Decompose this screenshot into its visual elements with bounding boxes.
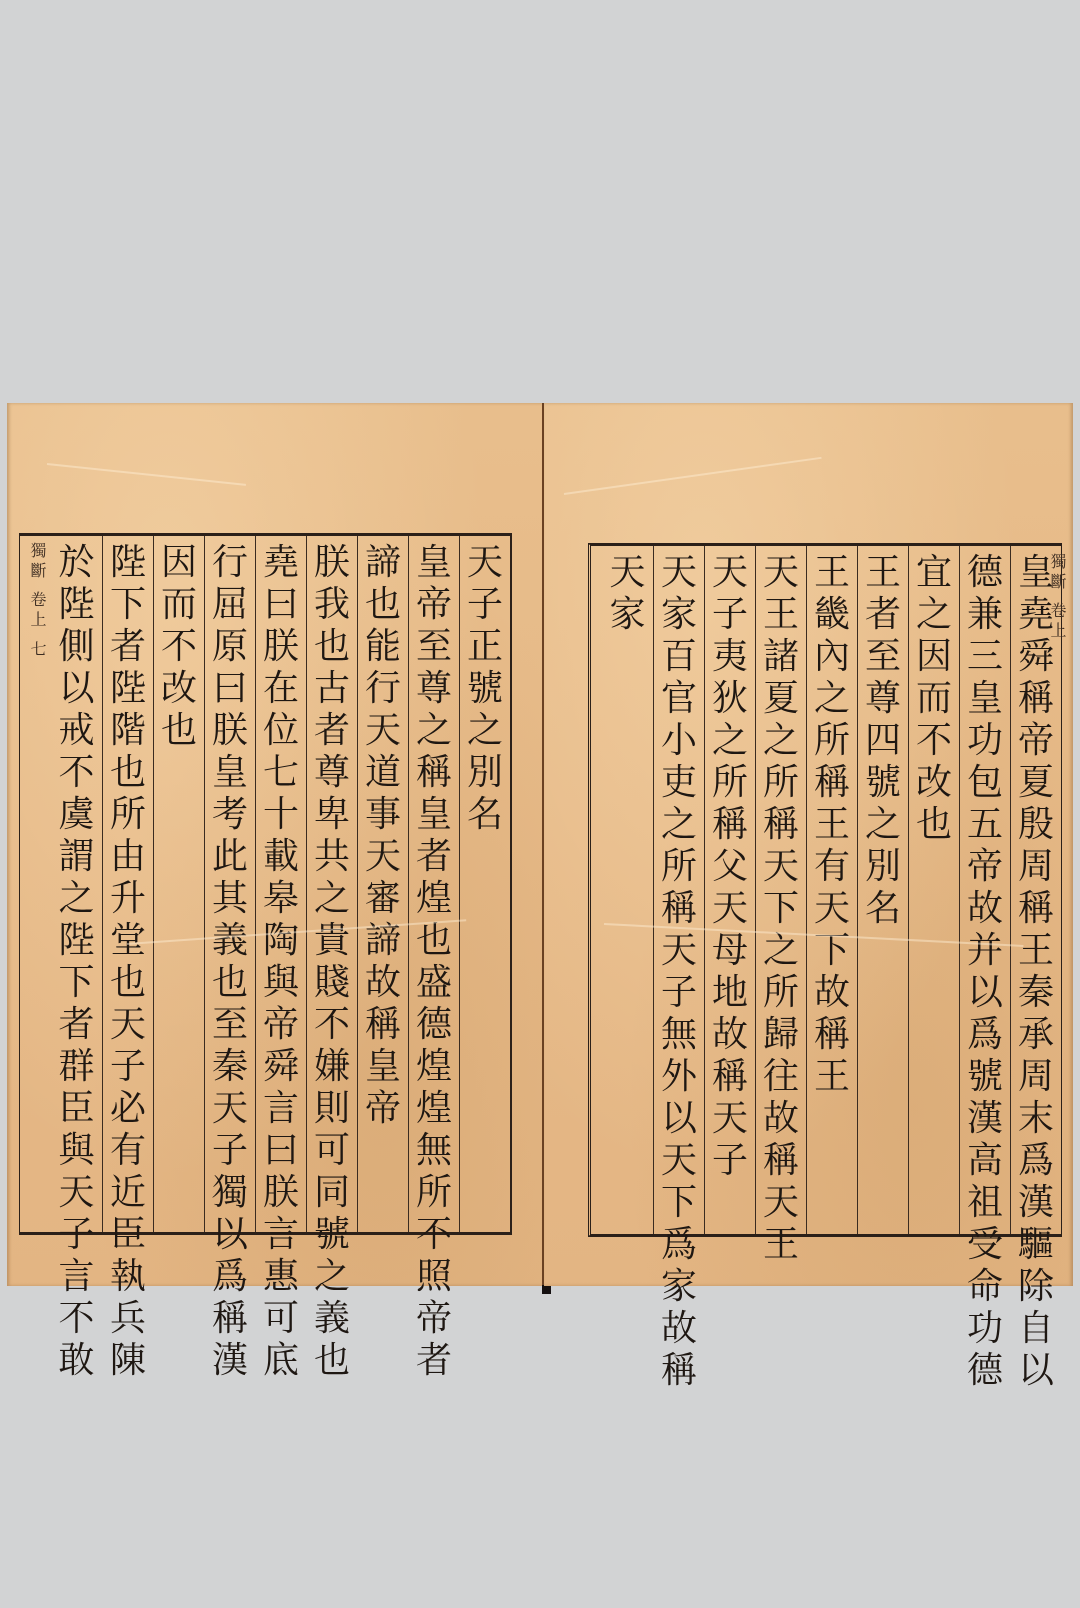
glyph: 戒	[58, 710, 94, 752]
glyph: 稱	[1018, 888, 1054, 930]
glyph: 帝	[416, 584, 452, 626]
glyph: 陳	[110, 1340, 146, 1382]
glyph: 號	[467, 668, 503, 710]
glyph: 子	[712, 1140, 748, 1182]
glyph: 夷	[712, 636, 748, 678]
glyph: 兵	[110, 1298, 146, 1340]
glyph: 也	[916, 804, 952, 846]
glyph: 王	[865, 552, 901, 594]
glyph: 驅	[1018, 1224, 1054, 1266]
left-page-text-column: 行屈原曰朕皇考此其義也至秦天子獨以爲稱漢	[204, 536, 255, 1232]
glyph: 爲	[212, 1256, 248, 1298]
left-page-text-column: 於陛側以戒不虞謂之陛下者群臣與天子言不敢	[51, 536, 102, 1232]
glyph: 者	[865, 594, 901, 636]
glyph: 王	[763, 1224, 799, 1266]
glyph: 朕	[263, 1172, 299, 1214]
glyph: 升	[110, 878, 146, 920]
glyph: 者	[110, 626, 146, 668]
glyph: 皇	[967, 678, 1003, 720]
glyph: 義	[314, 1298, 350, 1340]
glyph: 小	[661, 720, 697, 762]
glyph: 承	[1018, 1014, 1054, 1056]
glyph: 故	[661, 1308, 697, 1350]
glyph: 王	[814, 1056, 850, 1098]
glyph: 者	[314, 710, 350, 752]
glyph: 無	[661, 1014, 697, 1056]
glyph: 德	[416, 1004, 452, 1046]
glyph: 原	[212, 626, 248, 668]
glyph: 曰	[212, 668, 248, 710]
glyph: 審	[365, 878, 401, 920]
glyph: 周	[1018, 1056, 1054, 1098]
glyph: 不	[58, 752, 94, 794]
glyph: 尊	[416, 668, 452, 710]
glyph: 以	[1018, 1350, 1054, 1392]
glyph: 敢	[58, 1340, 94, 1382]
glyph: 不	[314, 1004, 350, 1046]
glyph: 子	[661, 972, 697, 1014]
glyph: 王	[1018, 930, 1054, 972]
glyph: 同	[314, 1172, 350, 1214]
glyph: 王	[814, 552, 850, 594]
left-page-text-column: 陛下者陛階也所由升堂也天子必有近臣執兵陳	[102, 536, 153, 1232]
glyph: 之	[58, 878, 94, 920]
glyph: 高	[967, 1140, 1003, 1182]
right-page-columns: 皇堯舜稱帝夏殷周稱王秦承周末爲漢驅除自以德兼三皇功包五帝故并以爲號漢高祖受命功德…	[591, 546, 1061, 1234]
right-page-text-frame: 皇堯舜稱帝夏殷周稱王秦承周末爲漢驅除自以德兼三皇功包五帝故并以爲號漢高祖受命功德…	[588, 543, 1062, 1237]
glyph: 之	[661, 804, 697, 846]
right-page: 皇堯舜稱帝夏殷周稱王秦承周末爲漢驅除自以德兼三皇功包五帝故并以爲號漢高祖受命功德…	[544, 403, 1073, 1286]
glyph: 言	[263, 1088, 299, 1130]
glyph: 行	[365, 668, 401, 710]
glyph: 稱	[661, 888, 697, 930]
right-page-text-column: 宜之因而不改也	[908, 546, 959, 1234]
glyph: 者	[416, 836, 452, 878]
left-page-text-column: 堯曰朕在位七十載皋陶與帝舜言曰朕言惠可底	[255, 536, 306, 1232]
glyph: 十	[263, 794, 299, 836]
glyph: 故	[365, 962, 401, 1004]
glyph: 謂	[58, 836, 94, 878]
glyph: 地	[712, 972, 748, 1014]
glyph: 共	[314, 836, 350, 878]
glyph: 狄	[712, 678, 748, 720]
glyph: 皇	[416, 542, 452, 584]
right-page-text-column: 王者至尊四號之別名	[857, 546, 908, 1234]
glyph: 包	[967, 762, 1003, 804]
glyph: 天	[712, 888, 748, 930]
glyph: 末	[1018, 1098, 1054, 1140]
glyph: 稱	[763, 804, 799, 846]
glyph: 受	[967, 1224, 1003, 1266]
glyph: 也	[212, 962, 248, 1004]
glyph: 與	[263, 962, 299, 1004]
glyph: 夏	[763, 678, 799, 720]
glyph: 至	[416, 626, 452, 668]
glyph: 群	[58, 1046, 94, 1088]
glyph: 近	[110, 1172, 146, 1214]
left-page-text-column: 朕我也古者尊卑共之貴賤不嫌則可同號之義也	[306, 536, 357, 1232]
glyph: 煌	[416, 878, 452, 920]
glyph: 德	[967, 552, 1003, 594]
glyph: 我	[314, 584, 350, 626]
glyph: 虞	[58, 794, 94, 836]
glyph: 天	[712, 1098, 748, 1140]
glyph: 故	[712, 1014, 748, 1056]
glyph: 宜	[916, 552, 952, 594]
glyph: 家	[661, 594, 697, 636]
glyph: 臣	[58, 1088, 94, 1130]
glyph: 必	[110, 1088, 146, 1130]
right-page-text-column: 天家	[602, 546, 653, 1234]
glyph: 父	[712, 846, 748, 888]
glyph: 獨	[212, 1172, 248, 1214]
glyph: 也	[110, 752, 146, 794]
glyph: 而	[161, 584, 197, 626]
glyph: 天	[763, 552, 799, 594]
paper-crease	[47, 463, 246, 486]
right-page-text-column: 皇堯舜稱帝夏殷周稱王秦承周末爲漢驅除自以	[1010, 546, 1061, 1234]
glyph: 稱	[814, 762, 850, 804]
glyph: 不	[416, 1214, 452, 1256]
glyph: 之	[467, 710, 503, 752]
glyph: 稱	[712, 804, 748, 846]
glyph: 至	[865, 636, 901, 678]
right-page-text-column: 德兼三皇功包五帝故并以爲號漢高祖受命功德	[959, 546, 1010, 1234]
glyph: 往	[763, 1056, 799, 1098]
glyph: 嫌	[314, 1046, 350, 1088]
glyph: 帝	[416, 1298, 452, 1340]
glyph: 之	[416, 710, 452, 752]
glyph: 歸	[763, 1014, 799, 1056]
glyph: 賤	[314, 962, 350, 1004]
left-page-margin-label: 獨斷 卷上 七	[26, 542, 49, 660]
glyph: 執	[110, 1256, 146, 1298]
glyph: 別	[865, 846, 901, 888]
glyph: 之	[314, 878, 350, 920]
glyph: 至	[212, 1004, 248, 1046]
glyph: 稱	[416, 752, 452, 794]
glyph: 以	[212, 1214, 248, 1256]
glyph: 自	[1018, 1308, 1054, 1350]
glyph: 可	[263, 1298, 299, 1340]
glyph: 之	[314, 1256, 350, 1298]
glyph: 天	[661, 930, 697, 972]
glyph: 稱	[661, 1350, 697, 1392]
glyph: 天	[763, 1182, 799, 1224]
glyph: 帝	[263, 1004, 299, 1046]
glyph: 稱	[212, 1298, 248, 1340]
glyph: 故	[763, 1098, 799, 1140]
glyph: 別	[467, 752, 503, 794]
glyph: 因	[916, 636, 952, 678]
glyph: 子	[212, 1130, 248, 1172]
glyph: 皋	[263, 878, 299, 920]
right-page-text-column: 王畿內之所稱王有天下故稱王	[806, 546, 857, 1234]
glyph: 陛	[110, 668, 146, 710]
glyph: 下	[110, 584, 146, 626]
glyph: 漢	[1018, 1182, 1054, 1224]
glyph: 正	[467, 626, 503, 668]
glyph: 帝	[967, 846, 1003, 888]
glyph: 兼	[967, 594, 1003, 636]
glyph: 四	[865, 720, 901, 762]
glyph: 考	[212, 794, 248, 836]
glyph: 由	[110, 836, 146, 878]
glyph: 陶	[263, 920, 299, 962]
glyph: 天	[814, 888, 850, 930]
glyph: 下	[58, 962, 94, 1004]
glyph: 所	[814, 720, 850, 762]
glyph: 天	[365, 836, 401, 878]
glyph: 功	[967, 720, 1003, 762]
glyph: 祖	[967, 1182, 1003, 1224]
glyph: 堯	[263, 542, 299, 584]
glyph: 爲	[1018, 1140, 1054, 1182]
glyph: 能	[365, 626, 401, 668]
glyph: 煌	[416, 1088, 452, 1130]
glyph: 帝	[1018, 720, 1054, 762]
glyph: 天	[661, 1140, 697, 1182]
glyph: 位	[263, 710, 299, 752]
glyph: 改	[161, 668, 197, 710]
glyph: 之	[865, 804, 901, 846]
glyph: 尊	[314, 752, 350, 794]
glyph: 皇	[365, 1046, 401, 1088]
book-spread: 天子正號之別名皇帝至尊之稱皇者煌也盛德煌煌無所不照帝者諦也能行天道事天審諦故稱皇…	[7, 403, 1073, 1286]
glyph: 陛	[110, 542, 146, 584]
glyph: 之	[814, 678, 850, 720]
glyph: 無	[416, 1130, 452, 1172]
glyph: 事	[365, 794, 401, 836]
glyph: 也	[314, 1340, 350, 1382]
glyph: 之	[916, 594, 952, 636]
glyph: 除	[1018, 1266, 1054, 1308]
glyph: 所	[661, 846, 697, 888]
glyph: 言	[263, 1214, 299, 1256]
glyph: 有	[814, 846, 850, 888]
glyph: 照	[416, 1256, 452, 1298]
glyph: 天	[712, 552, 748, 594]
glyph: 爲	[661, 1224, 697, 1266]
glyph: 所	[712, 762, 748, 804]
glyph: 改	[916, 762, 952, 804]
glyph: 秦	[212, 1046, 248, 1088]
glyph: 七	[263, 752, 299, 794]
right-page-text-column: 天家百官小吏之所稱天子無外以天下爲家故稱	[653, 546, 704, 1234]
glyph: 稱	[365, 1004, 401, 1046]
glyph: 號	[865, 762, 901, 804]
glyph: 夏	[1018, 762, 1054, 804]
glyph: 天	[212, 1088, 248, 1130]
glyph: 天	[609, 552, 645, 594]
glyph: 號	[967, 1056, 1003, 1098]
glyph: 以	[58, 668, 94, 710]
glyph: 舜	[1018, 636, 1054, 678]
glyph: 朕	[263, 626, 299, 668]
glyph: 則	[314, 1088, 350, 1130]
left-page-text-frame: 天子正號之別名皇帝至尊之稱皇者煌也盛德煌煌無所不照帝者諦也能行天道事天審諦故稱皇…	[19, 533, 512, 1235]
glyph: 皇	[212, 752, 248, 794]
glyph: 陛	[58, 920, 94, 962]
glyph: 故	[814, 972, 850, 1014]
glyph: 所	[763, 762, 799, 804]
glyph: 也	[110, 962, 146, 1004]
glyph: 天	[467, 542, 503, 584]
glyph: 母	[712, 930, 748, 972]
spine-mark	[542, 1285, 551, 1294]
glyph: 下	[661, 1182, 697, 1224]
glyph: 煌	[416, 1046, 452, 1088]
glyph: 載	[263, 836, 299, 878]
glyph: 於	[58, 542, 94, 584]
glyph: 故	[967, 888, 1003, 930]
glyph: 皇	[416, 794, 452, 836]
glyph: 此	[212, 836, 248, 878]
right-page-text-column: 天子夷狄之所稱父天母地故稱天子	[704, 546, 755, 1234]
glyph: 所	[416, 1172, 452, 1214]
left-page-text-column: 天子正號之別名	[459, 536, 510, 1232]
glyph: 之	[763, 720, 799, 762]
glyph: 以	[967, 972, 1003, 1014]
glyph: 盛	[416, 962, 452, 1004]
glyph: 王	[814, 804, 850, 846]
glyph: 也	[416, 920, 452, 962]
glyph: 吏	[661, 762, 697, 804]
glyph: 諸	[763, 636, 799, 678]
glyph: 屈	[212, 584, 248, 626]
glyph: 曰	[263, 584, 299, 626]
glyph: 家	[609, 594, 645, 636]
glyph: 天	[365, 710, 401, 752]
glyph: 殷	[1018, 804, 1054, 846]
glyph: 命	[967, 1266, 1003, 1308]
glyph: 惠	[263, 1256, 299, 1298]
glyph: 子	[467, 584, 503, 626]
glyph: 諦	[365, 542, 401, 584]
glyph: 內	[814, 636, 850, 678]
paper-crease	[564, 457, 822, 495]
glyph: 行	[212, 542, 248, 584]
right-page-margin-label: 獨斷 卷上	[1046, 553, 1069, 642]
glyph: 德	[967, 1350, 1003, 1392]
glyph: 也	[365, 584, 401, 626]
left-page-text-column: 因而不改也	[153, 536, 204, 1232]
glyph: 天	[661, 552, 697, 594]
glyph: 天	[110, 1004, 146, 1046]
glyph: 在	[263, 668, 299, 710]
glyph: 道	[365, 752, 401, 794]
glyph: 古	[314, 668, 350, 710]
glyph: 稱	[712, 1056, 748, 1098]
glyph: 官	[661, 678, 697, 720]
glyph: 言	[58, 1256, 94, 1298]
glyph: 并	[967, 930, 1003, 972]
right-page-text-column: 天王諸夏之所稱天下之所歸往故稱天王	[755, 546, 806, 1234]
glyph: 而	[916, 678, 952, 720]
glyph: 三	[967, 636, 1003, 678]
glyph: 臣	[110, 1214, 146, 1256]
glyph: 可	[314, 1130, 350, 1172]
left-page-text-column: 皇帝至尊之稱皇者煌也盛德煌煌無所不照帝者	[408, 536, 459, 1232]
glyph: 畿	[814, 594, 850, 636]
glyph: 也	[161, 710, 197, 752]
glyph: 周	[1018, 846, 1054, 888]
glyph: 之	[763, 930, 799, 972]
glyph: 子	[110, 1046, 146, 1088]
glyph: 有	[110, 1130, 146, 1172]
glyph: 不	[916, 720, 952, 762]
glyph: 號	[314, 1214, 350, 1256]
glyph: 者	[58, 1004, 94, 1046]
glyph: 不	[161, 626, 197, 668]
glyph: 王	[763, 594, 799, 636]
glyph: 下	[763, 888, 799, 930]
glyph: 以	[661, 1098, 697, 1140]
glyph: 稱	[1018, 678, 1054, 720]
glyph: 朕	[212, 710, 248, 752]
glyph: 天	[763, 846, 799, 888]
glyph: 也	[314, 626, 350, 668]
glyph: 舜	[263, 1046, 299, 1088]
glyph: 陛	[58, 584, 94, 626]
glyph: 天	[58, 1172, 94, 1214]
glyph: 子	[712, 594, 748, 636]
glyph: 義	[212, 920, 248, 962]
left-page-text-column: 諦也能行天道事天審諦故稱皇帝	[357, 536, 408, 1232]
glyph: 百	[661, 636, 697, 678]
glyph: 功	[967, 1308, 1003, 1350]
left-page-columns: 天子正號之別名皇帝至尊之稱皇者煌也盛德煌煌無所不照帝者諦也能行天道事天審諦故稱皇…	[50, 536, 510, 1232]
glyph: 名	[467, 794, 503, 836]
glyph: 貴	[314, 920, 350, 962]
left-page: 天子正號之別名皇帝至尊之稱皇者煌也盛德煌煌無所不照帝者諦也能行天道事天審諦故稱皇…	[7, 403, 543, 1286]
glyph: 底	[263, 1340, 299, 1382]
glyph: 漢	[212, 1340, 248, 1382]
glyph: 與	[58, 1130, 94, 1172]
glyph: 稱	[814, 1014, 850, 1056]
glyph: 名	[865, 888, 901, 930]
glyph: 卑	[314, 794, 350, 836]
glyph: 帝	[365, 1088, 401, 1130]
glyph: 子	[58, 1214, 94, 1256]
glyph: 階	[110, 710, 146, 752]
glyph: 所	[763, 972, 799, 1014]
glyph: 朕	[314, 542, 350, 584]
glyph: 秦	[1018, 972, 1054, 1014]
glyph: 側	[58, 626, 94, 668]
glyph: 稱	[763, 1140, 799, 1182]
glyph: 所	[110, 794, 146, 836]
glyph: 外	[661, 1056, 697, 1098]
glyph: 不	[58, 1298, 94, 1340]
glyph: 尊	[865, 678, 901, 720]
glyph: 者	[416, 1340, 452, 1382]
glyph: 家	[661, 1266, 697, 1308]
glyph: 爲	[967, 1014, 1003, 1056]
glyph: 曰	[263, 1130, 299, 1172]
glyph: 漢	[967, 1098, 1003, 1140]
glyph: 因	[161, 542, 197, 584]
glyph: 之	[712, 720, 748, 762]
glyph: 其	[212, 878, 248, 920]
glyph: 五	[967, 804, 1003, 846]
